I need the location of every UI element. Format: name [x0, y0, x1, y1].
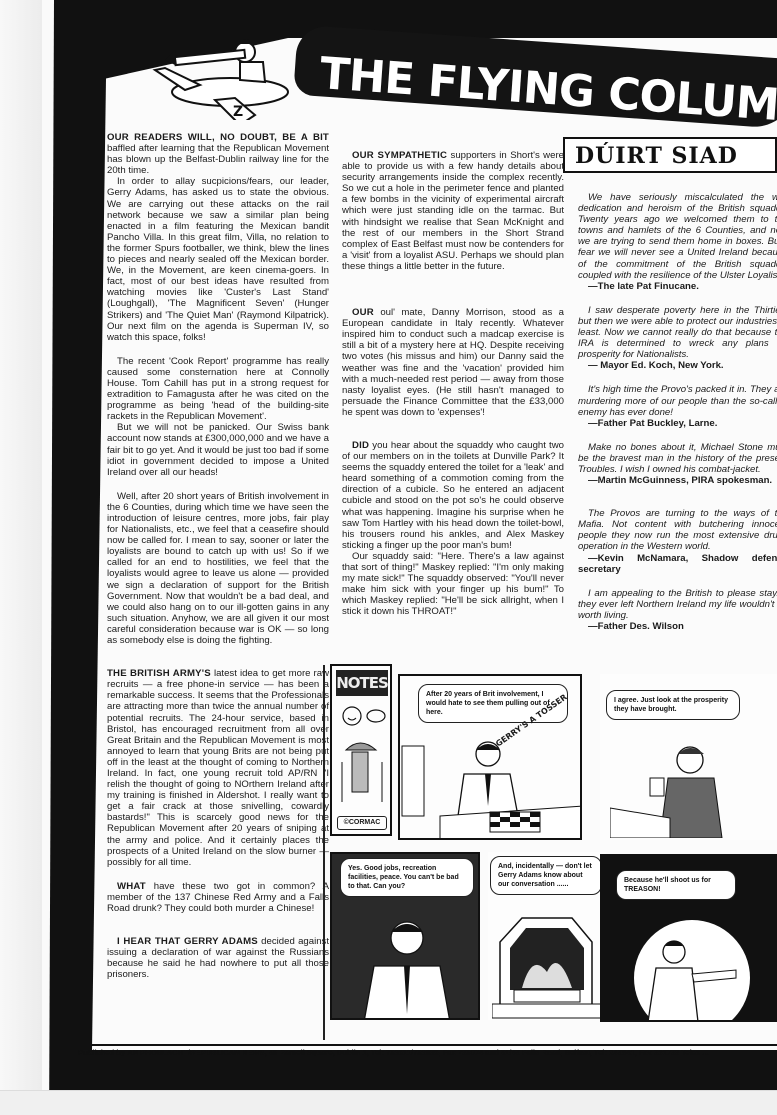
- quote-attribution: —Kevin McNamara, Shadow defence secretar…: [578, 553, 777, 575]
- man-drinking-icon: [610, 738, 740, 838]
- cartoon-panel-3: Yes. Good jobs, recreation facilities, p…: [330, 852, 480, 1020]
- quote-text: I saw desperate poverty here in the Thir…: [578, 305, 777, 360]
- article-paragraph: In order to allay sucpicions/fears, our …: [107, 176, 329, 342]
- quote-attribution: —Father Des. Wilson: [578, 621, 777, 632]
- article-paragraph: OUR oul' mate, Danny Morrison, stood as …: [342, 307, 564, 418]
- article-text: baffled after learning that the Republic…: [107, 143, 329, 176]
- masthead: Z THE FLYING COLUMN: [145, 20, 777, 130]
- cartoon-title-panel: NOTES ©CORMAC: [330, 664, 392, 836]
- article-lead: THE BRITISH ARMY'S: [107, 668, 211, 679]
- article-paragraph: DID you hear about the squaddy who caugh…: [342, 440, 564, 551]
- speech-bubble: Because he'll shoot us for TREASON!: [616, 870, 736, 900]
- cartoonist-credit: ©CORMAC: [337, 816, 387, 830]
- cartoon-panel-2: I agree. Just look at the prosperity the…: [600, 674, 777, 840]
- quote-text: Make no bones about it, Michael Stone mu…: [578, 442, 777, 475]
- article-text: latest idea to get more raw recruits — a…: [107, 668, 329, 868]
- article-lead: OUR SYMPATHETIC: [352, 150, 447, 161]
- speech-bubble: Yes. Good jobs, recreation facilities, p…: [340, 858, 474, 897]
- scan-margin: [0, 0, 42, 1115]
- article-paragraph: But we will not be panicked. Our Swiss b…: [107, 422, 329, 477]
- publisher-imprint: Published by AN PHOBLACHT/REPUBLICAN NEW…: [72, 1046, 777, 1068]
- column-left: OUR READERS WILL, NO DOUBT, BE A BIT baf…: [107, 132, 329, 980]
- article-lead: WHAT: [117, 881, 146, 892]
- speech-bubble: I agree. Just look at the prosperity the…: [606, 690, 740, 720]
- article-paragraph: OUR SYMPATHETIC supporters in Short's we…: [342, 150, 564, 272]
- article-paragraph: THE BRITISH ARMY'S latest idea to get mo…: [107, 668, 329, 868]
- column-quotes: We have seriously miscalculated the will…: [578, 192, 777, 632]
- article-lead: I HEAR THAT GERRY ADAMS: [117, 936, 258, 947]
- article-paragraph: Our squaddy said: "Here. There's a law a…: [342, 551, 564, 618]
- article-paragraph: OUR READERS WILL, NO DOUBT, BE A BIT baf…: [107, 132, 329, 176]
- article-lead: OUR READERS WILL, NO DOUBT, BE A BIT: [107, 132, 329, 143]
- article-lead: OUR: [352, 307, 374, 318]
- section-heading: DÚIRT SIAD: [575, 143, 738, 169]
- man-pointing-icon: [612, 912, 777, 1022]
- svg-text:Z: Z: [233, 104, 243, 120]
- article-text: you hear about the squaddy who caught tw…: [342, 440, 564, 551]
- article-lead: DID: [352, 440, 369, 451]
- cartoon-panel-1: After 20 years of Brit involvement, I wo…: [398, 674, 582, 840]
- column-divider: [323, 665, 325, 1040]
- quote-text: We have seriously miscalculated the will…: [578, 192, 777, 281]
- article-paragraph: WHAT have these two got in common? A mem…: [107, 881, 329, 914]
- fireplace-icon: [492, 912, 602, 1020]
- man-in-suit-icon: [352, 914, 462, 1020]
- article-paragraph: The recent 'Cook Report' programme has r…: [107, 356, 329, 423]
- scan-bottom-band: [0, 1090, 777, 1115]
- gunman-plane-icon: Z: [145, 30, 305, 120]
- article-text: oul' mate, Danny Morrison, stood as a Eu…: [342, 307, 564, 418]
- notes-logo: NOTES: [336, 670, 388, 696]
- quote-attribution: —Martin McGuinness, PIRA spokesman.: [578, 475, 777, 486]
- cartoon-panel-4: And, incidentally — don't let Gerry Adam…: [488, 852, 606, 1020]
- quote-text: I am appealing to the British to please …: [578, 588, 777, 621]
- quote-attribution: — Mayor Ed. Koch, New York.: [578, 360, 777, 371]
- quote-attribution: —The late Pat Finucane.: [578, 281, 777, 292]
- quote-text: The Provos are turning to the ways of th…: [578, 508, 777, 552]
- speech-bubble: And, incidentally — don't let Gerry Adam…: [490, 856, 602, 895]
- weather-figure-icon: [338, 702, 388, 812]
- quote-attribution: —Father Pat Buckley, Larne.: [578, 418, 777, 429]
- column-middle: OUR SYMPATHETIC supporters in Short's we…: [342, 150, 564, 617]
- article-paragraph: Well, after 20 short years of British in…: [107, 491, 329, 646]
- section-heading-box: DÚIRT SIAD: [563, 137, 777, 173]
- man-at-desk-icon: [400, 736, 582, 840]
- quote-text: It's high time the Provo's packed it in.…: [578, 384, 777, 417]
- cartoon-strip: NOTES ©CORMAC After 20 years of Brit inv…: [330, 664, 777, 1044]
- article-text: supporters in Short's were able to provi…: [342, 150, 564, 272]
- article-paragraph: I HEAR THAT GERRY ADAMS decided against …: [107, 936, 329, 980]
- cartoon-panel-5: Because he'll shoot us for TREASON!: [600, 854, 777, 1022]
